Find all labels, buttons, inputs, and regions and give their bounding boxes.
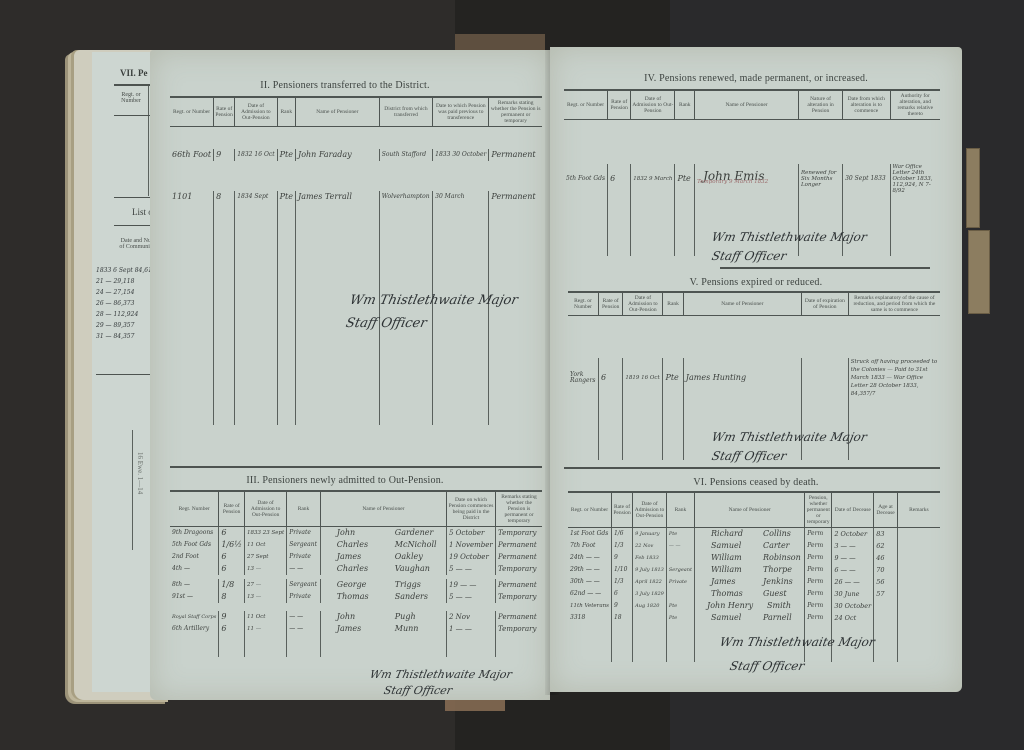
- cell-regt: 24th — —: [568, 552, 611, 564]
- first-name: John Henry: [697, 603, 767, 609]
- cell-commence: 30 Sept 1833: [843, 164, 890, 194]
- cell-regt: 5th Foot Gds: [170, 539, 219, 551]
- cell-regt: 1st Foot Gds: [568, 528, 611, 541]
- cell-regt: 8th —: [170, 579, 219, 591]
- last-name: Sanders: [395, 592, 428, 601]
- cell-remarks: [897, 564, 940, 576]
- col-header: Rank: [277, 97, 295, 127]
- cell-rank: Pte: [666, 612, 694, 624]
- first-name: Charles: [323, 566, 395, 572]
- table-row: 5th Foot Gds 6 1832 9 March Pte John Emi…: [564, 164, 940, 194]
- cell-name: SamuelCarter: [695, 540, 805, 552]
- last-name: Thorpe: [763, 565, 792, 574]
- cell-commences: 1 — —: [447, 623, 496, 635]
- cell-regt: 9th Dragoons: [170, 527, 219, 540]
- cell-commences: 19 — —: [447, 579, 496, 591]
- cell-perm: Perm: [805, 576, 832, 588]
- cell-remarks: Temporary: [496, 623, 542, 635]
- cell-name: John Faraday: [295, 149, 379, 161]
- last-name: Triggs: [395, 580, 421, 589]
- cell-decease: 26 — —: [832, 576, 874, 588]
- cell-age: [874, 612, 898, 624]
- cell-name: SamuelParnell: [695, 612, 805, 624]
- cell-perm: Perm: [805, 528, 832, 541]
- cell-remarks: [897, 600, 940, 612]
- last-name: Smith: [767, 601, 791, 610]
- col-header: Remarks: [897, 492, 940, 528]
- binding-strip-top: [455, 34, 545, 50]
- cell-regt: 29th — —: [568, 564, 611, 576]
- cell-date: 11 —: [244, 623, 286, 635]
- cell-name: James Terrall: [295, 191, 379, 203]
- cell-age: 56: [874, 576, 898, 588]
- signature-major: Wm Thistlethwaite Major: [719, 635, 877, 649]
- cell-name: JamesMunn: [320, 623, 446, 635]
- table-row: 2nd Foot 6 27 Sept Private JamesOakley 1…: [170, 551, 542, 563]
- cell-rate: 6: [219, 527, 245, 540]
- last-name: Collins: [763, 529, 791, 538]
- cell-regt: 62nd — —: [568, 588, 611, 600]
- cell-date: 13 —: [244, 563, 286, 575]
- cell-age: 46: [874, 552, 898, 564]
- cell-name: JamesOakley: [320, 551, 446, 563]
- cell-paid-to: 1833 30 October: [433, 149, 489, 161]
- cell-name: JohnGardener: [320, 527, 446, 540]
- cell-age: 83: [874, 528, 898, 541]
- cell-rank: Private: [287, 591, 321, 603]
- cell-rate: 6: [611, 588, 632, 600]
- cell-remarks: Permanent: [489, 191, 542, 203]
- col-header: Name of Pensioner: [695, 492, 805, 528]
- table-row: 3318 18 Pte SamuelParnell Perm 24 Oct: [568, 612, 940, 624]
- cell-remarks: Permanent: [496, 611, 542, 623]
- cell-date: 22 Nov: [633, 540, 667, 552]
- cell-rate: 6: [598, 358, 622, 398]
- col-header: Date of expiration of Pension: [801, 292, 848, 316]
- col-header: Authority for alteration, and remarks re…: [890, 90, 940, 120]
- col-header: Rank: [666, 492, 694, 528]
- first-name: James: [323, 554, 395, 560]
- cell-rank: Pte: [277, 149, 295, 161]
- cell-name: GeorgeTriggs: [320, 579, 446, 591]
- col-header: District from which transferred: [379, 97, 432, 127]
- col-header: Date of Admission to Out-Pension: [244, 491, 286, 527]
- cell-name: CharlesVaughan: [320, 563, 446, 575]
- cell-commences: 1 November: [447, 539, 496, 551]
- cell-rate: 1/3: [611, 576, 632, 588]
- cell-perm: Perm: [805, 552, 832, 564]
- cell-alteration: Renewed for Six Months Longer: [798, 164, 842, 194]
- cell-rank: Private: [666, 576, 694, 588]
- first-name: John: [323, 530, 395, 536]
- cell-decease: 2 October: [832, 528, 874, 541]
- cell-rate: 6: [608, 164, 631, 194]
- cell-rank: [666, 588, 694, 600]
- cell-remarks: [897, 612, 940, 624]
- cell-name: JamesJenkins: [695, 576, 805, 588]
- last-name: Gardener: [395, 528, 434, 537]
- cell-date: [633, 612, 667, 624]
- first-name: William: [697, 555, 763, 561]
- cell-rate: 9: [611, 600, 632, 612]
- cell-regt: 2nd Foot: [170, 551, 219, 563]
- section-v-title: V. Pensions expired or reduced.: [550, 277, 962, 288]
- col-header: Name of Pensioner: [683, 292, 801, 316]
- first-name: Richard: [697, 531, 763, 537]
- header-regt: Regt. or Number: [116, 92, 146, 104]
- section-divider: [720, 267, 930, 269]
- cell-regt: 91st —: [170, 591, 219, 603]
- first-name: Samuel: [697, 615, 763, 621]
- table-row: 66th Foot 9 1832 16 Oct Pte John Faraday…: [170, 149, 542, 161]
- vertical-note-2: 16 Ewe. 1—14: [136, 452, 144, 494]
- col-header: Rate of Pension: [608, 90, 631, 120]
- cell-date: 1834 Sept: [235, 191, 277, 203]
- col-header: Date of Admission to Out-Pension: [235, 97, 277, 127]
- cell-district: South Stafford: [379, 149, 432, 161]
- signature-staff-officer: Staff Officer: [711, 449, 788, 463]
- cell-rank: — —: [287, 611, 321, 623]
- cell-rate: 1/6½: [219, 539, 245, 551]
- column-line: [148, 86, 149, 196]
- cell-commences: 5 — —: [447, 591, 496, 603]
- cell-name: John EmisTemporary 9 March 1832: [695, 164, 799, 194]
- last-name: Vaughan: [395, 564, 430, 573]
- cell-rank: Sergeant: [666, 564, 694, 576]
- cell-remarks: Temporary: [496, 591, 542, 603]
- cell-name: James Hunting: [683, 358, 801, 398]
- cell-age: [874, 600, 898, 612]
- col-header: Date of Admission to Out-Pension: [631, 90, 675, 120]
- cell-rate: 6: [219, 551, 245, 563]
- section-divider: [170, 466, 542, 468]
- table-row: 62nd — — 6 3 July 1829 ThomasGuest Perm …: [568, 588, 940, 600]
- col-header: Regt. or Number: [170, 97, 214, 127]
- cell-commences: 5 October: [447, 527, 496, 540]
- cell-date: April 1822: [633, 576, 667, 588]
- cell-age: 57: [874, 588, 898, 600]
- cell-regt: 66th Foot: [170, 149, 214, 161]
- signature-major: Wm Thistlethwaite Major: [369, 668, 514, 681]
- col-header: Rate of Pension: [214, 97, 235, 127]
- table-row: 8th — 1/8 27 — Sergeant GeorgeTriggs 19 …: [170, 579, 542, 591]
- last-name: Carter: [763, 541, 790, 550]
- cell-rank: — —: [666, 540, 694, 552]
- cell-regt: 11th Veterans: [568, 600, 611, 612]
- cell-commences: 5 — —: [447, 563, 496, 575]
- cell-remarks: [897, 552, 940, 564]
- cell-commences: 2 Nov: [447, 611, 496, 623]
- col-header: Remarks stating whether the Pension is p…: [496, 491, 542, 527]
- section-iv-title: IV. Pensions renewed, made permanent, or…: [550, 73, 962, 84]
- cell-regt: 30th — —: [568, 576, 611, 588]
- cell-name: John HenrySmith: [695, 600, 805, 612]
- col-header: Regt. Number: [170, 491, 219, 527]
- section-divider: [564, 467, 940, 469]
- col-header: Pension, whether permanent or temporary: [805, 492, 832, 528]
- cell-rate: 6: [219, 563, 245, 575]
- first-name: James: [323, 626, 395, 632]
- col-header: Date of Decease: [832, 492, 874, 528]
- section-iii-title: III. Pensioners newly admitted to Out-Pe…: [150, 475, 540, 486]
- cell-remarks: Temporary: [496, 527, 542, 540]
- section-vi-title: VI. Pensions ceased by death.: [550, 477, 962, 488]
- last-name: McNicholl: [395, 540, 437, 549]
- cell-regt: 5th Foot Gds: [564, 164, 608, 194]
- cell-rank: Sergeant: [287, 539, 321, 551]
- cell-remarks: [897, 540, 940, 552]
- cell-date: 11 Oct: [244, 611, 286, 623]
- last-name: Oakley: [395, 552, 423, 561]
- col-header: Regt. or Number: [564, 90, 608, 120]
- cell-decease: 30 October: [832, 600, 874, 612]
- cell-rate: 8: [214, 191, 235, 203]
- col-header: Rate of Pension: [219, 491, 245, 527]
- cell-rank: [666, 552, 694, 564]
- cell-regt: Royal Staff Corps: [170, 611, 219, 623]
- cell-date: Feb 1833: [633, 552, 667, 564]
- cell-rate: 1/10: [611, 564, 632, 576]
- cell-regt: 1101: [170, 191, 214, 203]
- signature-staff-officer: Staff Officer: [383, 684, 454, 697]
- cell-name: JohnPugh: [320, 611, 446, 623]
- col-header: Regt. or Number: [568, 292, 598, 316]
- cell-commences: 19 October: [447, 551, 496, 563]
- name-note: Temporary 9 March 1832: [697, 179, 796, 185]
- col-header: Rank: [287, 491, 321, 527]
- first-name: Thomas: [323, 594, 395, 600]
- signature-staff-officer: Staff Officer: [344, 316, 428, 331]
- cell-rank: — —: [287, 623, 321, 635]
- col-header: Date from which alteration is to commenc…: [843, 90, 890, 120]
- col-header: Remarks stating whether the Pension is p…: [489, 97, 542, 127]
- table-row: 1101 8 1834 Sept Pte James Terrall Wolve…: [170, 191, 542, 203]
- table-row: York Rangers 6 1819 16 Oct Pte James Hun…: [568, 358, 940, 398]
- last-name: Robinson: [763, 553, 801, 562]
- table-row: 11th Veterans 9 Aug 1820 Pte John HenryS…: [568, 600, 940, 612]
- cell-date: 11 Oct: [244, 539, 286, 551]
- table-row: 91st — 8 13 — Private ThomasSanders 5 — …: [170, 591, 542, 603]
- cell-paid-to: 30 March: [433, 191, 489, 203]
- table-row: Royal Staff Corps 9 11 Oct — — JohnPugh …: [170, 611, 542, 623]
- cell-rank: Pte: [666, 528, 694, 541]
- cell-remarks: Permanent: [496, 539, 542, 551]
- cell-name: ThomasGuest: [695, 588, 805, 600]
- cell-date: 27 Sept: [244, 551, 286, 563]
- cell-regt: 6th Artillery: [170, 623, 219, 635]
- cell-date: 3 July 1829: [633, 588, 667, 600]
- cell-decease: 3 — —: [832, 540, 874, 552]
- table-row: 24th — — 9 Feb 1833 WilliamRobinson Perm…: [568, 552, 940, 564]
- cell-regt: York Rangers: [568, 358, 598, 398]
- page-tab-upper[interactable]: [966, 148, 980, 228]
- table-row: 6th Artillery 6 11 — — — JamesMunn 1 — —…: [170, 623, 542, 635]
- cell-rank: Pte: [277, 191, 295, 203]
- col-header: Name of Pensioner: [695, 90, 799, 120]
- table-row: 30th — — 1/3 April 1822 Private JamesJen…: [568, 576, 940, 588]
- cell-age: 70: [874, 564, 898, 576]
- cell-remarks: Permanent: [489, 149, 542, 161]
- col-header: Regt. or Number: [568, 492, 611, 528]
- cell-authority: War Office Letter 24th October 1833, 112…: [890, 164, 940, 194]
- cell-regt: 3318: [568, 612, 611, 624]
- col-header: Remarks explanatory of the cause of redu…: [848, 292, 940, 316]
- table-row: 5th Foot Gds 1/6½ 11 Oct Sergeant Charle…: [170, 539, 542, 551]
- last-name: Guest: [763, 589, 787, 598]
- cell-date: 9 January: [633, 528, 667, 541]
- table-row: 29th — — 1/10 9 July 1813 Sergeant Willi…: [568, 564, 940, 576]
- cell-rate: 18: [611, 612, 632, 624]
- cell-remarks: Permanent: [496, 579, 542, 591]
- first-name: Thomas: [697, 591, 763, 597]
- table-row: 4th — 6 13 — — — CharlesVaughan 5 — — Te…: [170, 563, 542, 575]
- cell-name: ThomasSanders: [320, 591, 446, 603]
- cell-date: 1833 23 Sept: [244, 527, 286, 540]
- cell-name: WilliamRobinson: [695, 552, 805, 564]
- cell-date: 13 —: [244, 591, 286, 603]
- cell-date: 27 —: [244, 579, 286, 591]
- col-header: Date to which Pension was paid previous …: [433, 97, 489, 127]
- cell-rank: Pte: [666, 600, 694, 612]
- cell-age: 62: [874, 540, 898, 552]
- first-name: John: [323, 614, 395, 620]
- col-header: Date of Admission to Out-Pension: [633, 492, 667, 528]
- cell-date: 9 July 1813: [633, 564, 667, 576]
- table-row: 7th Foot 1/3 22 Nov — — SamuelCarter Per…: [568, 540, 940, 552]
- cell-name: CharlesMcNicholl: [320, 539, 446, 551]
- cell-rank: — —: [287, 563, 321, 575]
- column-line: [132, 430, 133, 550]
- cell-decease: 6 — —: [832, 564, 874, 576]
- cell-perm: Perm: [805, 588, 832, 600]
- signature-staff-officer: Staff Officer: [729, 659, 806, 673]
- cell-date: 1819 16 Oct: [623, 358, 663, 398]
- cell-rate: 1/8: [219, 579, 245, 591]
- cell-rank: Sergeant: [287, 579, 321, 591]
- last-name: Pugh: [395, 612, 416, 621]
- cell-rate: 1/6: [611, 528, 632, 541]
- page-tab-lower[interactable]: [968, 230, 990, 314]
- cell-decease: 30 June: [832, 588, 874, 600]
- cell-district: Wolverhampton: [379, 191, 432, 203]
- cell-remarks: Struck off having proceeded to the Colon…: [848, 358, 940, 398]
- cell-rate: 1/3: [611, 540, 632, 552]
- last-name: Parnell: [763, 613, 792, 622]
- right-page: IV. Pensions renewed, made permanent, or…: [550, 47, 962, 692]
- cell-date: 1832 16 Oct: [235, 149, 277, 161]
- cell-rank: Pte: [663, 358, 683, 398]
- first-name: James: [697, 579, 763, 585]
- table-row: 1st Foot Gds 1/6 9 January Pte RichardCo…: [568, 528, 940, 541]
- col-header: Rate of Pension: [611, 492, 632, 528]
- cell-rate: 6: [219, 623, 245, 635]
- signature-major: Wm Thistlethwaite Major: [348, 293, 519, 308]
- cell-regt: 7th Foot: [568, 540, 611, 552]
- cell-remarks: Permanent: [496, 551, 542, 563]
- signature-staff-officer: Staff Officer: [711, 249, 788, 263]
- cell-name: RichardCollins: [695, 528, 805, 541]
- section-ii-title: II. Pensioners transferred to the Distri…: [150, 80, 540, 91]
- section-vii-title: VII. Pe: [120, 68, 148, 78]
- signature-major: Wm Thistlethwaite Major: [711, 430, 869, 444]
- section-iii-table: Regt. Number Rate of Pension Date of Adm…: [170, 490, 542, 657]
- cell-perm: Perm: [805, 540, 832, 552]
- col-header: Rank: [675, 90, 695, 120]
- col-header: Rate of Pension: [598, 292, 622, 316]
- col-header: Name of Pensioner: [320, 491, 446, 527]
- cell-remarks: [897, 528, 940, 541]
- first-name: George: [323, 582, 395, 588]
- last-name: Jenkins: [763, 577, 793, 586]
- col-header: Name of Pensioner: [295, 97, 379, 127]
- first-name: Charles: [323, 542, 395, 548]
- cell-rank: Pte: [675, 164, 695, 194]
- cell-perm: Perm: [805, 612, 832, 624]
- col-header: Date on which Pension commences being pa…: [447, 491, 496, 527]
- first-name: William: [697, 567, 763, 573]
- col-header: Age at Decease: [874, 492, 898, 528]
- cell-perm: Perm: [805, 564, 832, 576]
- cell-remarks: Temporary: [496, 563, 542, 575]
- first-name: Samuel: [697, 543, 763, 549]
- cell-rate: 9: [219, 611, 245, 623]
- signature-major: Wm Thistlethwaite Major: [711, 230, 869, 244]
- col-header: Nature of alteration in Pension: [798, 90, 842, 120]
- last-name: Munn: [395, 624, 419, 633]
- cell-regt: 4th —: [170, 563, 219, 575]
- cell-remarks: [897, 576, 940, 588]
- cell-rank: Private: [287, 527, 321, 540]
- table-row: 9th Dragoons 6 1833 23 Sept Private John…: [170, 527, 542, 540]
- col-header: Rank: [663, 292, 683, 316]
- left-page: II. Pensioners transferred to the Distri…: [150, 50, 550, 700]
- cell-rank: Private: [287, 551, 321, 563]
- cell-rate: 9: [214, 149, 235, 161]
- cell-rate: 9: [611, 552, 632, 564]
- col-header: Date of Admission to Out-Pension: [623, 292, 663, 316]
- cell-date: 1832 9 March: [631, 164, 675, 194]
- cell-rate: 8: [219, 591, 245, 603]
- cell-expiration: [801, 358, 848, 398]
- cell-name: WilliamThorpe: [695, 564, 805, 576]
- cell-decease: 9 — —: [832, 552, 874, 564]
- cell-decease: 24 Oct: [832, 612, 874, 624]
- cell-remarks: [897, 588, 940, 600]
- section-ii-table: Regt. or Number Rate of Pension Date of …: [170, 96, 542, 425]
- cell-perm: Perm: [805, 600, 832, 612]
- cell-date: Aug 1820: [633, 600, 667, 612]
